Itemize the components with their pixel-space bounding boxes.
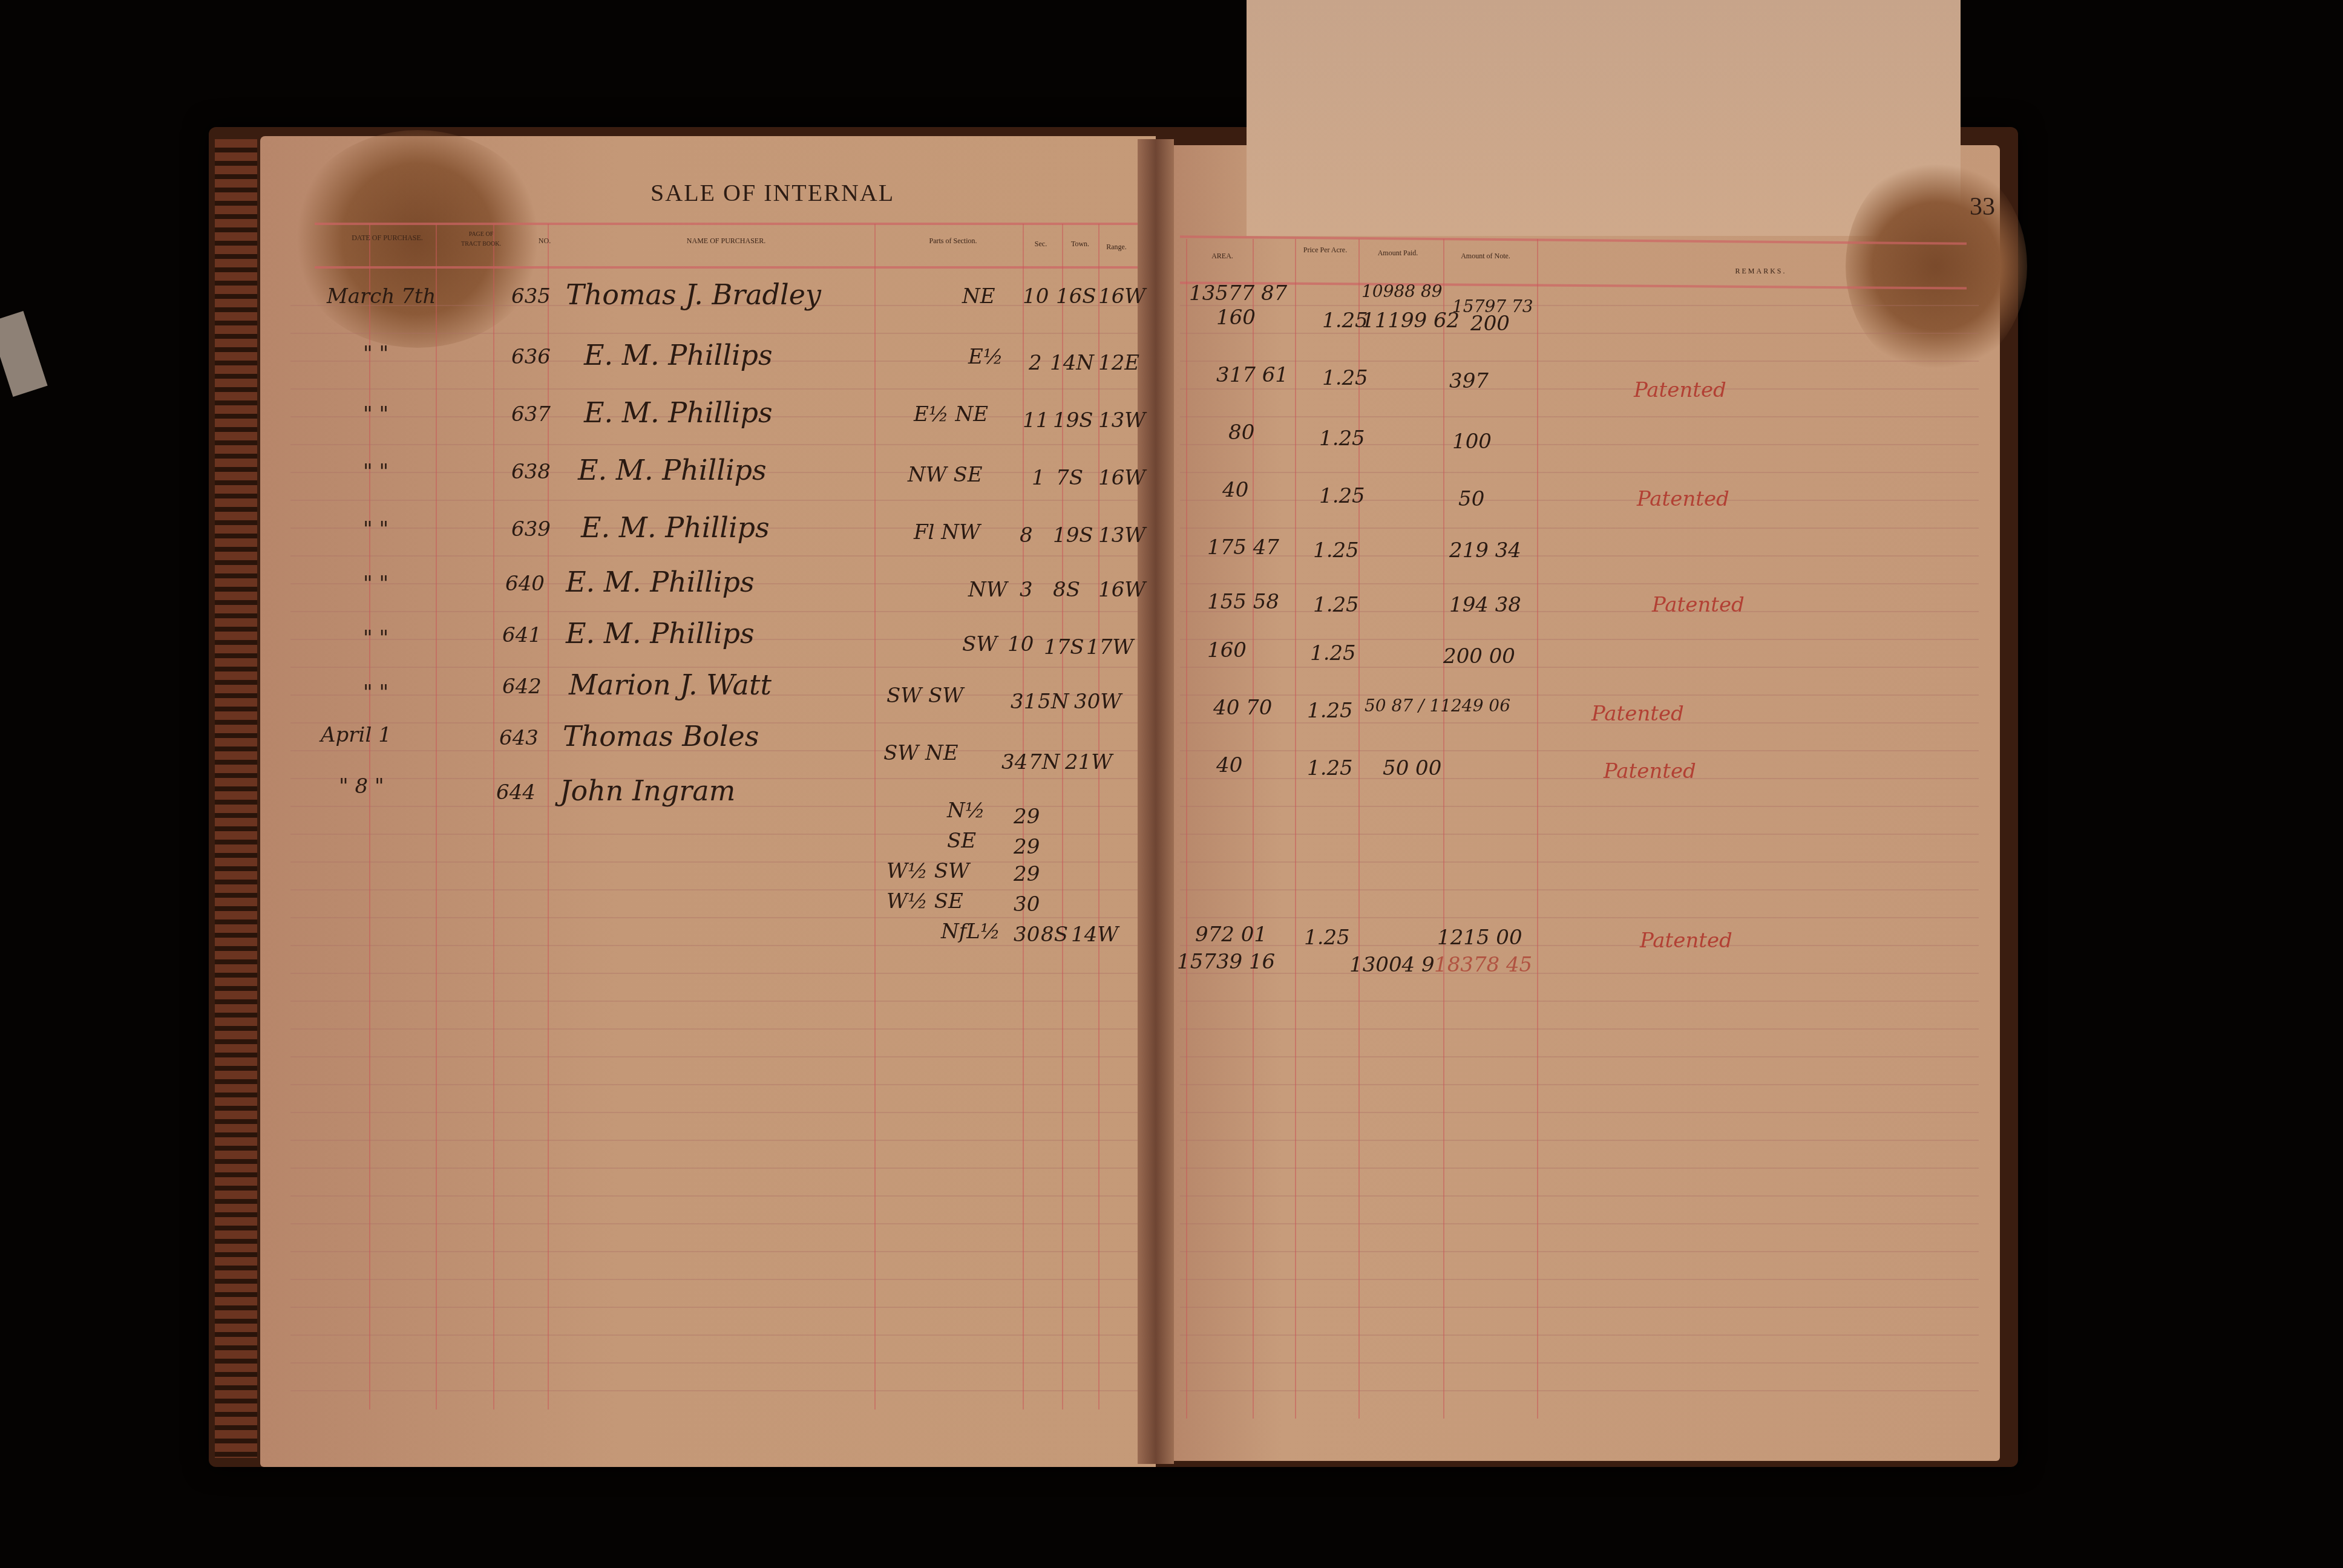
entry-area: 80 — [1228, 420, 1254, 445]
header-date: DATE OF PURCHASE. — [339, 233, 436, 243]
entry-price: 1.25 — [1313, 538, 1359, 563]
entry-range: 17W — [1086, 635, 1133, 659]
carried-area: 13577 87 — [1189, 281, 1287, 305]
entry-paid: 50 00 — [1383, 756, 1441, 780]
entry-no: 639 — [511, 517, 551, 541]
entry-date: " " — [363, 626, 388, 650]
part-sec: 29 — [1014, 805, 1040, 829]
entry-price: 1.25 — [1319, 426, 1365, 451]
entry-area: 155 58 — [1207, 590, 1279, 614]
header-range: Range. — [1098, 242, 1135, 252]
entry-date: " " — [363, 681, 388, 705]
entry-name: Marion J. Watt — [569, 668, 772, 701]
total-area: 15739 16 — [1177, 950, 1275, 974]
entry-price: 1.25 — [1310, 641, 1356, 665]
entry-note: 397 — [1449, 369, 1489, 393]
entry-sec: 11 — [1023, 408, 1049, 433]
column-line — [1358, 239, 1360, 1419]
column-line — [1186, 239, 1187, 1419]
entry-no: 640 — [505, 572, 545, 596]
entry-parts: SW SW — [886, 684, 963, 708]
entry-date: " 8 " — [339, 774, 384, 799]
entry-parts: NW SE — [908, 463, 983, 487]
entry-no: 641 — [502, 623, 542, 647]
entry-name: E. M. Phillips — [578, 454, 767, 486]
page-number: 33 — [1970, 192, 1995, 221]
header-sec: Sec. — [1023, 239, 1059, 249]
entry-parts: SW NE — [883, 741, 958, 765]
entry-remark: Patented — [1652, 593, 1745, 617]
entry-range: 16W — [1098, 284, 1145, 309]
entry-name: John Ingram — [560, 774, 735, 807]
entry-name: Thomas J. Bradley — [566, 278, 821, 311]
entry-no: 642 — [502, 675, 542, 699]
column-line — [1098, 224, 1099, 1410]
entry-parts: E½ NE — [914, 402, 988, 426]
column-line — [436, 224, 437, 1410]
entry-area: 40 70 — [1213, 696, 1272, 720]
entry-paid: 11199 62 — [1362, 309, 1460, 333]
entry-town: 19S — [1053, 523, 1093, 547]
ingram-remark: Patented — [1640, 929, 1732, 953]
part-desc: SE — [947, 829, 976, 853]
entry-date: March 7th — [327, 284, 436, 309]
total-note: 18378 45 — [1434, 953, 1532, 977]
entry-remark: Patented — [1591, 702, 1684, 726]
entry-name: E. M. Phillips — [584, 396, 773, 429]
entry-remark: Patented — [1637, 487, 1729, 511]
book-spine-edge — [215, 139, 257, 1458]
part-sec: 30 — [1014, 892, 1040, 916]
entry-date: " " — [363, 517, 388, 541]
entry-town: 17S — [1044, 635, 1084, 659]
entry-sec: 2 — [1029, 351, 1042, 375]
entry-sec: 1 — [1032, 466, 1045, 490]
entry-area: 175 47 — [1207, 535, 1279, 560]
header-price: Price Per Acre. — [1301, 245, 1349, 255]
entry-town: 16S — [1056, 284, 1096, 309]
entry-parts: Fl NW — [914, 520, 980, 544]
column-line — [1443, 239, 1444, 1419]
entry-sec: 3 — [1020, 578, 1033, 602]
entry-note: 50 — [1458, 487, 1484, 511]
entry-range: 16W — [1098, 578, 1145, 602]
entry-price: 1.25 — [1319, 484, 1365, 508]
header-rule-bottom — [315, 266, 1138, 269]
entry-no: 644 — [496, 780, 536, 805]
entry-no: 638 — [511, 460, 551, 484]
entry-paid: 50 87 / 11249 06 — [1365, 696, 1510, 716]
ingram-area: 972 01 — [1195, 923, 1267, 947]
entry-range: 13W — [1098, 523, 1145, 547]
entry-no: 635 — [511, 284, 551, 309]
entry-parts: SW — [962, 632, 997, 656]
entry-remark: Patented — [1604, 759, 1696, 783]
header-parts: Parts of Section. — [914, 236, 992, 246]
entry-name: E. M. Phillips — [584, 339, 773, 371]
column-line — [1295, 239, 1296, 1419]
column-line — [874, 224, 876, 1410]
part-sec: 29 — [1014, 835, 1040, 859]
entry-sec: 34 — [1001, 750, 1027, 774]
ruled-lines-right — [1180, 278, 1979, 1416]
header-amount-note: Amount of Note. — [1449, 251, 1522, 261]
entry-parts: NW — [968, 578, 1008, 602]
entry-parts: NE — [962, 284, 995, 309]
entry-sec: 10 — [1023, 284, 1049, 309]
page-title: SALE OF INTERNAL — [650, 178, 894, 207]
column-line — [1253, 239, 1254, 1419]
part-range: 14W — [1071, 923, 1118, 947]
entry-area: 317 61 — [1216, 363, 1288, 387]
entry-note: 194 38 — [1449, 593, 1521, 617]
entry-note: 100 — [1452, 430, 1492, 454]
part-sec: 29 — [1014, 862, 1040, 886]
header-rule-top — [315, 223, 1138, 225]
entry-date: " " — [363, 572, 388, 596]
entry-no: 643 — [499, 726, 539, 750]
part-desc: W½ SW — [886, 859, 969, 883]
column-line — [493, 224, 494, 1410]
entry-town: 14N — [1050, 351, 1094, 375]
entry-town: 8S — [1053, 578, 1080, 602]
part-desc: NfL½ — [941, 920, 1000, 944]
header-area: AREA. — [1198, 251, 1247, 261]
entry-sec: 31 — [1011, 690, 1037, 714]
entry-town: 5N — [1038, 690, 1069, 714]
entry-date: " " — [363, 460, 388, 484]
part-town: 8S — [1041, 923, 1068, 947]
inserted-paper-flap — [1247, 0, 1961, 236]
entry-no: 637 — [511, 402, 551, 426]
entry-range: 21W — [1065, 750, 1112, 774]
entry-area: 40 — [1216, 753, 1242, 777]
entry-note: 200 00 — [1443, 644, 1515, 668]
entry-range: 30W — [1074, 690, 1121, 714]
entry-name: E. M. Phillips — [566, 566, 755, 598]
ledger-photo: SALE OF INTERNAL 33 DATE OF PURCHASE. Pa… — [0, 0, 2343, 1568]
part-desc: W½ SE — [886, 889, 963, 913]
header-no: No. — [532, 236, 557, 246]
entry-area: 160 — [1207, 638, 1247, 662]
entry-remark: Patented — [1634, 378, 1726, 402]
entry-parts: E½ — [968, 345, 1003, 369]
header-remarks: REMARKS. — [1725, 266, 1797, 276]
entry-range: 13W — [1098, 408, 1145, 433]
part-sec: 30 — [1014, 923, 1040, 947]
column-line — [1062, 224, 1063, 1410]
column-line — [548, 224, 549, 1410]
entry-price: 1.25 — [1307, 756, 1353, 780]
header-town: Town. — [1062, 239, 1098, 249]
header-tract-book: Page of Tract Book. — [460, 230, 502, 249]
column-line — [369, 224, 370, 1410]
entry-price: 1.25 — [1322, 366, 1368, 390]
entry-town: 7N — [1029, 750, 1060, 774]
entry-name: E. M. Phillips — [566, 617, 755, 650]
entry-date: " " — [363, 402, 388, 426]
entry-no: 636 — [511, 345, 551, 369]
entry-name: Thomas Boles — [563, 720, 759, 753]
entry-area: 160 — [1216, 305, 1256, 330]
entry-town: 19S — [1053, 408, 1093, 433]
entry-price: 1.25 — [1307, 699, 1353, 723]
ingram-price: 1.25 — [1304, 926, 1350, 950]
entry-name: E. M. Phillips — [581, 511, 770, 544]
entry-price: 1.25 — [1313, 593, 1359, 617]
carried-paid: 10988 89 — [1362, 281, 1443, 301]
entry-area: 40 — [1222, 478, 1248, 502]
ruled-lines-left — [290, 278, 1138, 1416]
entry-range: 16W — [1098, 466, 1145, 490]
part-desc: N½ — [947, 799, 985, 823]
entry-range: 12E — [1098, 351, 1139, 375]
entry-sec: 10 — [1008, 632, 1034, 656]
book-gutter — [1138, 139, 1174, 1464]
entry-town: 7S — [1056, 466, 1083, 490]
header-name: NAME OF PURCHASER. — [666, 236, 787, 246]
entry-sec: 8 — [1020, 523, 1033, 547]
entry-note: 200 — [1470, 312, 1510, 336]
entry-date: April 1 — [321, 723, 392, 747]
total-paid: 13004 9 — [1349, 953, 1435, 977]
column-line — [1537, 239, 1538, 1419]
ingram-note: 1215 00 — [1437, 926, 1522, 950]
paper-tab — [0, 311, 48, 397]
entry-date: " " — [363, 342, 388, 366]
header-amount-paid: Amount Paid. — [1368, 248, 1428, 258]
entry-note: 219 34 — [1449, 538, 1521, 563]
